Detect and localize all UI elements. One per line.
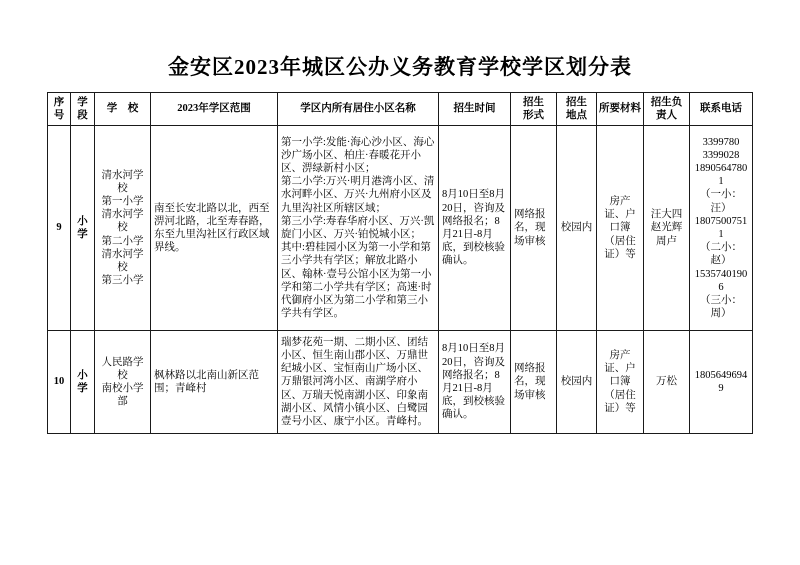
cell-range: 枫林路以北南山新区范围；青峰村: [151, 331, 278, 434]
col-header-number: 序 号: [48, 93, 71, 126]
col-header-range: 2023年学区范围: [151, 93, 278, 126]
cell-school: 人民路学校 南校小学部: [95, 331, 151, 434]
col-header-communities: 学区内所有居住小区名称: [278, 93, 439, 126]
col-header-materials: 所要材料: [597, 93, 644, 126]
cell-materials: 房产证、户口簿（居住证）等: [597, 331, 644, 434]
cell-time: 8月10日至8月20日，咨询及网络报名；8月21日-8月底，到校核验确认。: [439, 331, 511, 434]
cell-phone: 3399780 3399028 18905647801 （一小：汪） 18075…: [690, 126, 753, 331]
cell-person: 万松: [644, 331, 690, 434]
col-header-stage: 学 段: [71, 93, 95, 126]
cell-place: 校园内: [557, 331, 597, 434]
cell-range: 南至长安北路以北，西至淠河北路，北至寿春路，东至九里沟社区行政区域界线。: [151, 126, 278, 331]
cell-person: 汪大四 赵光辉 周卢: [644, 126, 690, 331]
school-district-table: 序 号 学 段 学 校 2023年学区范围 学区内所有居住小区名称 招生时间 招…: [47, 92, 753, 434]
col-header-place: 招生 地点: [557, 93, 597, 126]
col-header-phone: 联系电话: [690, 93, 753, 126]
cell-communities: 瑞梦花苑一期、二期小区、团结小区、恒生南山郡小区、万鼎世纪城小区、宝恒南山广场小…: [278, 331, 439, 434]
table-row: 9 小 学 清水河学校 第一小学 清水河学校 第二小学 清水河学校 第三小学 南…: [48, 126, 753, 331]
cell-number: 9: [48, 126, 71, 331]
cell-materials: 房产证、户口簿（居住证）等: [597, 126, 644, 331]
cell-form: 网络报名，现场审核: [511, 126, 557, 331]
cell-communities: 第一小学:发能·海心沙小区、海心沙广场小区、柏庄·春暖花开小区、淠绿新村小区； …: [278, 126, 439, 331]
col-header-time: 招生时间: [439, 93, 511, 126]
cell-number: 10: [48, 331, 71, 434]
cell-form: 网络报名，现场审核: [511, 331, 557, 434]
cell-phone: 18056496949: [690, 331, 753, 434]
cell-place: 校园内: [557, 126, 597, 331]
document-page: 金安区2023年城区公办义务教育学校学区划分表 序 号 学 段 学 校 2023…: [0, 0, 800, 565]
cell-time: 8月10日至8月20日，咨询及网络报名；8月21日-8月底，到校核验确认。: [439, 126, 511, 331]
page-title: 金安区2023年城区公办义务教育学校学区划分表: [0, 54, 800, 80]
cell-stage: 小 学: [71, 126, 95, 331]
cell-stage: 小 学: [71, 331, 95, 434]
table-header-row: 序 号 学 段 学 校 2023年学区范围 学区内所有居住小区名称 招生时间 招…: [48, 93, 753, 126]
col-header-school: 学 校: [95, 93, 151, 126]
cell-school: 清水河学校 第一小学 清水河学校 第二小学 清水河学校 第三小学: [95, 126, 151, 331]
table-row: 10 小 学 人民路学校 南校小学部 枫林路以北南山新区范围；青峰村 瑞梦花苑一…: [48, 331, 753, 434]
col-header-form: 招生 形式: [511, 93, 557, 126]
col-header-person: 招生负 责人: [644, 93, 690, 126]
